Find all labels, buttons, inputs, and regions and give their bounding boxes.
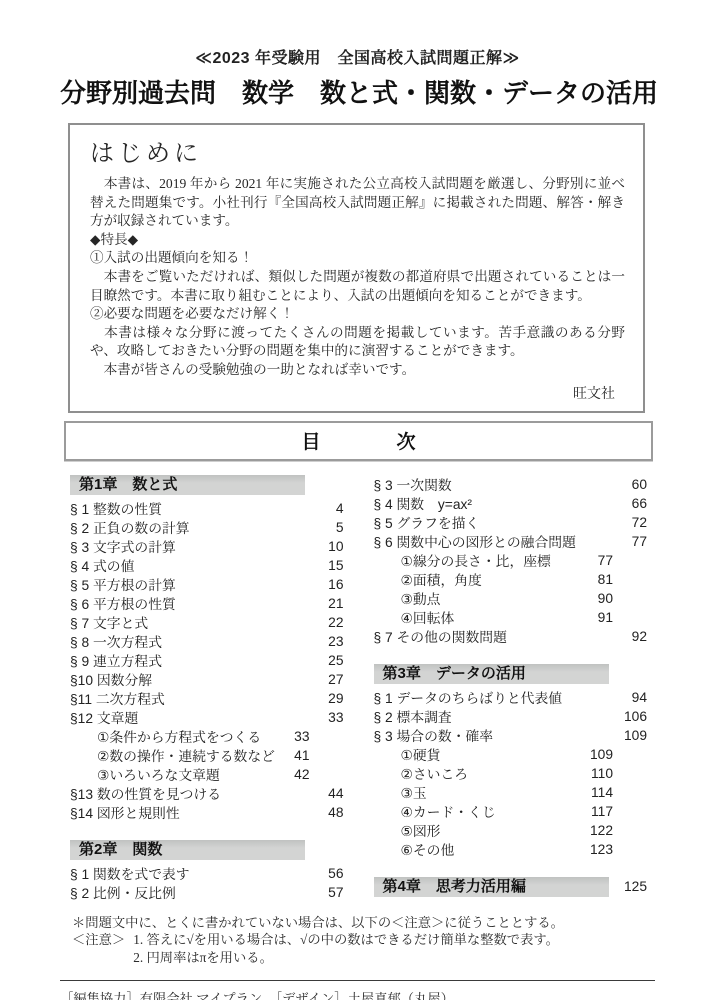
- toc-section-row: §13 数の性質を見つける44: [70, 784, 344, 803]
- toc-entry-label: § 7 文字と式: [70, 612, 308, 632]
- toc-entry-page: 92: [611, 629, 647, 644]
- toc-entry-label: ③玉: [374, 782, 584, 802]
- book-page: ≪2023 年受験用 全国高校入試問題正解≫ 分野別過去問 数学 数と式・関数・…: [0, 0, 709, 1000]
- toc-entry-page: 4: [308, 501, 344, 516]
- toc-entry-page: 81: [583, 572, 613, 587]
- toc-section-row: § 2 正負の数の計算5: [70, 518, 344, 537]
- toc-subitem-row: ③動点90: [374, 589, 648, 608]
- preface-box: はじめに 本書は、2019 年から 2021 年に実施された公立高校入試問題を厳…: [68, 123, 645, 413]
- toc-entry-page: 21: [308, 596, 344, 611]
- preface-heading: はじめに: [90, 133, 625, 168]
- toc-left-column: 第1章 数と式§ 1 整数の性質4§ 2 正負の数の計算5§ 3 文字式の計算1…: [70, 475, 344, 902]
- toc-section-row: § 9 連立方程式25: [70, 651, 344, 670]
- toc-entry-page: 109: [611, 728, 647, 743]
- chapter-title: 第2章 関数: [70, 840, 305, 860]
- notes-lead: ＊問題文中に、とくに書かれていない場合は、以下の＜注意＞に従うこととする。: [72, 914, 655, 932]
- preface-paragraph: ①入試の出題傾向を知る！: [90, 249, 625, 268]
- toc-section-row: § 1 整数の性質4: [70, 499, 344, 518]
- toc-entry-label: §12 文章題: [70, 707, 308, 727]
- toc-entry-label: § 6 関数中心の図形との融合問題: [374, 531, 612, 551]
- footer-divider: [60, 980, 655, 981]
- preface-paragraph: 本書は、2019 年から 2021 年に実施された公立高校入試問題を厳選し、分野…: [90, 175, 625, 231]
- toc-chapter-row: 第3章 データの活用: [374, 664, 648, 684]
- toc-entry-page: 5: [308, 520, 344, 535]
- toc-entry-page: 91: [583, 610, 613, 625]
- toc-subitem-row: ④回転体91: [374, 608, 648, 627]
- toc-chapter-row: 第2章 関数: [70, 840, 344, 860]
- toc-entry-page: 117: [583, 804, 613, 819]
- toc-subitem-row: ①硬貨109: [374, 745, 648, 764]
- toc-entry-label: § 4 関数 y=ax²: [374, 493, 612, 513]
- chapter-title: 第4章 思考力活用編: [374, 877, 609, 897]
- toc-entry-page: 77: [583, 553, 613, 568]
- toc-entry-label: §14 図形と規則性: [70, 802, 308, 822]
- toc-entry-label: ①硬貨: [374, 744, 584, 764]
- toc-subitem-row: ⑥その他123: [374, 840, 648, 859]
- toc-entry-label: ⑤図形: [374, 820, 584, 840]
- toc-entry-label: § 2 正負の数の計算: [70, 517, 308, 537]
- toc-entry-label: § 3 場合の数・確率: [374, 725, 612, 745]
- toc-entry-label: § 5 平方根の計算: [70, 574, 308, 594]
- caution-label: ＜注意＞: [72, 931, 125, 966]
- toc-section-row: § 3 一次関数60: [374, 475, 648, 494]
- toc-entry-page: 110: [583, 766, 613, 781]
- toc-entry-page: 23: [308, 634, 344, 649]
- toc-subitem-row: ③玉114: [374, 783, 648, 802]
- toc-section-row: § 4 式の値15: [70, 556, 344, 575]
- toc-entry-label: § 2 標本調査: [374, 706, 612, 726]
- toc-section-row: § 6 関数中心の図形との融合問題77: [374, 532, 648, 551]
- toc-subitem-row: ①条件から方程式をつくる33: [70, 727, 344, 746]
- toc-title-box: 目 次: [64, 421, 653, 461]
- toc-entry-page: 106: [611, 709, 647, 724]
- toc-entry-page: 15: [308, 558, 344, 573]
- toc-section-row: § 2 比例・反比例57: [70, 883, 344, 902]
- caution-item: 2. 円周率はπを用いる。: [133, 949, 655, 967]
- toc-entry-label: ⑥その他: [374, 839, 584, 859]
- toc-entry-page: 10: [308, 539, 344, 554]
- preface-paragraph: ◆特長◆: [90, 231, 625, 250]
- toc: 第1章 数と式§ 1 整数の性質4§ 2 正負の数の計算5§ 3 文字式の計算1…: [70, 475, 647, 902]
- toc-entry-label: § 7 その他の関数問題: [374, 626, 612, 646]
- toc-right-column: § 3 一次関数60§ 4 関数 y=ax²66§ 5 グラフを描く72§ 6 …: [374, 475, 648, 902]
- page-header: ≪2023 年受験用 全国高校入試問題正解≫ 分野別過去問 数学 数と式・関数・…: [60, 0, 655, 110]
- preface-paragraph: 本書が皆さんの受験勉強の一助となれば幸いです。: [90, 361, 625, 380]
- toc-entry-page: 41: [280, 748, 310, 763]
- toc-entry-label: §13 数の性質を見つける: [70, 783, 308, 803]
- toc-entry-label: ①条件から方程式をつくる: [70, 726, 280, 746]
- toc-subitem-row: ⑤図形122: [374, 821, 648, 840]
- toc-entry-page: 48: [308, 805, 344, 820]
- credits-line: ［編集協力］有限会社 マイプラン ［デザイン］土屋真郁（丸屋）: [60, 988, 655, 1000]
- toc-entry-page: 22: [308, 615, 344, 630]
- toc-entry-label: ③動点: [374, 588, 584, 608]
- toc-entry-label: ④カード・くじ: [374, 801, 584, 821]
- caution-block: ＜注意＞ 1. 答えに√を用いる場合は、√の中の数はできるだけ簡単な整数で表す。…: [72, 931, 655, 966]
- toc-subitem-row: ③いろいろな文章題42: [70, 765, 344, 784]
- toc-section-row: § 5 平方根の計算16: [70, 575, 344, 594]
- toc-entry-label: ①線分の長さ・比，座標: [374, 550, 584, 570]
- toc-entry-page: 56: [308, 866, 344, 881]
- chapter-title: 第1章 数と式: [70, 475, 305, 495]
- toc-section-row: § 4 関数 y=ax²66: [374, 494, 648, 513]
- toc-entry-page: 125: [609, 879, 647, 894]
- toc-section-row: § 1 データのちらばりと代表値94: [374, 688, 648, 707]
- toc-entry-page: 16: [308, 577, 344, 592]
- toc-section-row: § 3 場合の数・確率109: [374, 726, 648, 745]
- series-title: ≪2023 年受験用 全国高校入試問題正解≫: [60, 45, 655, 68]
- preface-paragraph: ②必要な問題を必要なだけ解く！: [90, 305, 625, 324]
- toc-entry-page: 123: [583, 842, 613, 857]
- preface-paragraph: 本書をご覧いただければ、類似した問題が複数の都道府県で出題されていることは一目瞭…: [90, 268, 625, 305]
- toc-entry-label: § 1 整数の性質: [70, 498, 308, 518]
- toc-section-row: §12 文章題33: [70, 708, 344, 727]
- toc-subitem-row: ④カード・くじ117: [374, 802, 648, 821]
- preface-paragraph: 本書は様々な分野に渡ってたくさんの問題を掲載しています。苦手意識のある分野や、攻…: [90, 324, 625, 361]
- toc-entry-label: § 1 関数を式で表す: [70, 863, 308, 883]
- toc-entry-page: 27: [308, 672, 344, 687]
- toc-section-row: § 3 文字式の計算10: [70, 537, 344, 556]
- toc-entry-page: 25: [308, 653, 344, 668]
- toc-section-row: § 2 標本調査106: [374, 707, 648, 726]
- toc-section-row: § 7 その他の関数問題92: [374, 627, 648, 646]
- toc-entry-label: § 4 式の値: [70, 555, 308, 575]
- caution-item: 1. 答えに√を用いる場合は、√の中の数はできるだけ簡単な整数で表す。: [133, 931, 655, 949]
- toc-subitem-row: ②さいころ110: [374, 764, 648, 783]
- caution-items: 1. 答えに√を用いる場合は、√の中の数はできるだけ簡単な整数で表す。2. 円周…: [125, 931, 655, 966]
- toc-entry-page: 66: [611, 496, 647, 511]
- toc-entry-page: 33: [280, 729, 310, 744]
- toc-section-row: § 8 一次方程式23: [70, 632, 344, 651]
- toc-entry-label: § 3 一次関数: [374, 474, 612, 494]
- toc-entry-label: § 3 文字式の計算: [70, 536, 308, 556]
- toc-title: 目 次: [301, 432, 415, 453]
- toc-entry-label: ③いろいろな文章題: [70, 764, 280, 784]
- toc-entry-label: § 2 比例・反比例: [70, 882, 308, 902]
- toc-entry-page: 57: [308, 885, 344, 900]
- toc-entry-label: § 5 グラフを描く: [374, 512, 612, 532]
- toc-section-row: §11 二次方程式29: [70, 689, 344, 708]
- toc-entry-label: § 6 平方根の性質: [70, 593, 308, 613]
- toc-entry-label: ②さいころ: [374, 763, 584, 783]
- toc-entry-label: ④回転体: [374, 607, 584, 627]
- toc-subitem-row: ②数の操作・連続する数など41: [70, 746, 344, 765]
- toc-entry-label: ②面積，角度: [374, 569, 584, 589]
- toc-entry-label: §11 二次方程式: [70, 688, 308, 708]
- toc-entry-page: 94: [611, 690, 647, 705]
- toc-entry-page: 77: [611, 534, 647, 549]
- toc-chapter-row: 第4章 思考力活用編125: [374, 877, 648, 897]
- toc-entry-page: 60: [611, 477, 647, 492]
- toc-section-row: § 5 グラフを描く72: [374, 513, 648, 532]
- toc-section-row: §10 因数分解27: [70, 670, 344, 689]
- toc-chapter-row: 第1章 数と式: [70, 475, 344, 495]
- chapter-title: 第3章 データの活用: [374, 664, 609, 684]
- page-content: ≪2023 年受験用 全国高校入試問題正解≫ 分野別過去問 数学 数と式・関数・…: [60, 0, 655, 1000]
- toc-entry-page: 44: [308, 786, 344, 801]
- toc-section-row: § 1 関数を式で表す56: [70, 864, 344, 883]
- usage-notes: ＊問題文中に、とくに書かれていない場合は、以下の＜注意＞に従うこととする。 ＜注…: [72, 914, 655, 967]
- page-title: 分野別過去問 数学 数と式・関数・データの活用: [60, 73, 655, 110]
- toc-section-row: § 6 平方根の性質21: [70, 594, 344, 613]
- toc-entry-label: ②数の操作・連続する数など: [70, 745, 280, 765]
- preface-body: 本書は、2019 年から 2021 年に実施された公立高校入試問題を厳選し、分野…: [90, 175, 625, 380]
- toc-entry-page: 114: [583, 785, 613, 800]
- publisher-signature: 旺文社: [90, 383, 625, 403]
- toc-subitem-row: ①線分の長さ・比，座標77: [374, 551, 648, 570]
- toc-entry-page: 109: [583, 747, 613, 762]
- toc-subitem-row: ②面積，角度81: [374, 570, 648, 589]
- toc-entry-label: §10 因数分解: [70, 669, 308, 689]
- toc-section-row: § 7 文字と式22: [70, 613, 344, 632]
- toc-entry-label: § 8 一次方程式: [70, 631, 308, 651]
- toc-entry-page: 90: [583, 591, 613, 606]
- toc-entry-label: § 9 連立方程式: [70, 650, 308, 670]
- toc-entry-page: 122: [583, 823, 613, 838]
- toc-entry-label: § 1 データのちらばりと代表値: [374, 687, 612, 707]
- toc-entry-page: 29: [308, 691, 344, 706]
- toc-entry-page: 72: [611, 515, 647, 530]
- toc-entry-page: 42: [280, 767, 310, 782]
- toc-entry-page: 33: [308, 710, 344, 725]
- toc-section-row: §14 図形と規則性48: [70, 803, 344, 822]
